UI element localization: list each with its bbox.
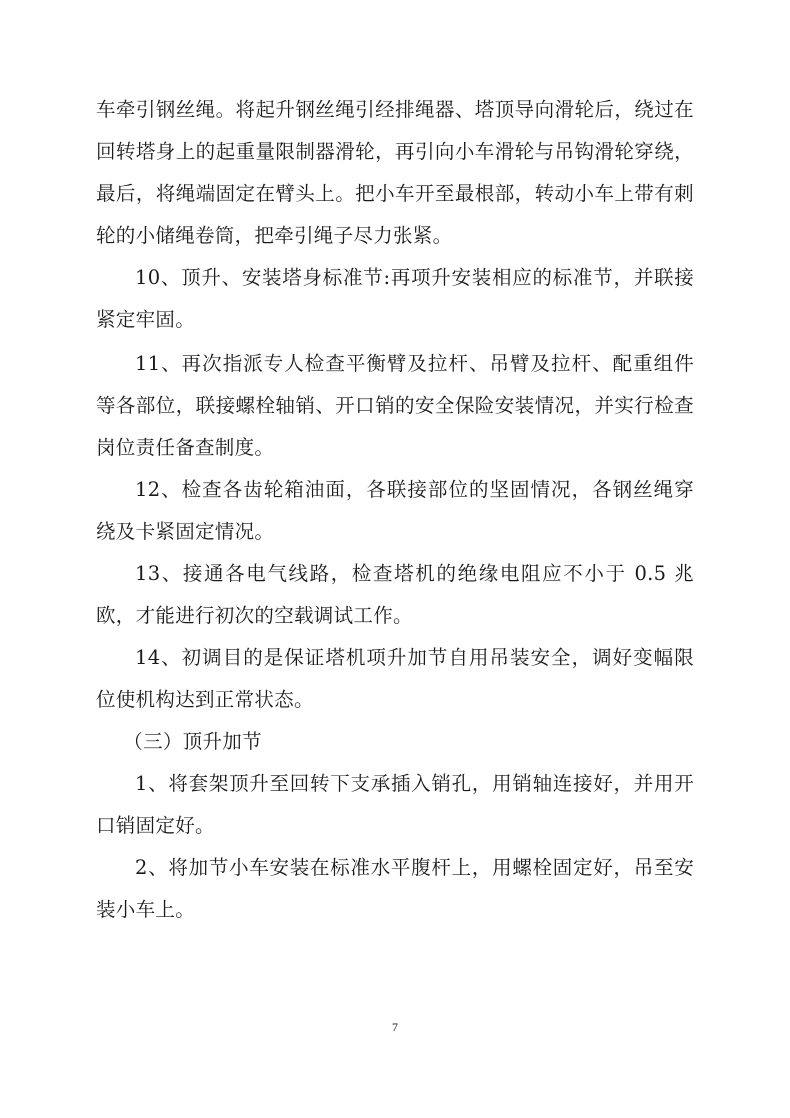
page-body: 车牵引钢丝绳。将起升钢丝绳引经排绳器、塔顶导向滑轮后，绕过在回转塔身上的起重量限…	[96, 89, 694, 931]
paragraph-section3-item-2: 2、将加节小车安装在标准水平腹杆上，用螺栓固定好，吊至安装小车上。	[96, 847, 694, 931]
paragraph-continued: 车牵引钢丝绳。将起升钢丝绳引经排绳器、塔顶导向滑轮后，绕过在回转塔身上的起重量限…	[96, 89, 694, 257]
paragraph-item-14: 14、初调目的是保证塔机项升加节自用吊装安全，调好变幅限位使机构达到正常状态。	[96, 637, 694, 721]
paragraph-section3-item-1: 1、将套架顶升至回转下支承插入销孔，用销轴连接好，并用开口销固定好。	[96, 763, 694, 847]
paragraph-item-13: 13、接通各电气线路，检查塔机的绝缘电阻应不小于 0.5 兆欧，才能进行初次的空…	[96, 553, 694, 637]
page-number: 7	[0, 1020, 790, 1035]
document-page: 车牵引钢丝绳。将起升钢丝绳引经排绳器、塔顶导向滑轮后，绕过在回转塔身上的起重量限…	[0, 0, 790, 1118]
paragraph-item-12: 12、检查各齿轮箱油面，各联接部位的坚固情况，各钢丝绳穿绕及卡紧固定情况。	[96, 469, 694, 553]
section-heading: （三）顶升加节	[96, 721, 694, 763]
paragraph-item-10: 10、顶升、安装塔身标准节:再项升安装相应的标准节，并联接紧定牢固。	[96, 257, 694, 341]
paragraph-item-11: 11、再次指派专人检查平衡臂及拉杆、吊臂及拉杆、配重组件等各部位，联接螺栓轴销、…	[96, 343, 694, 469]
